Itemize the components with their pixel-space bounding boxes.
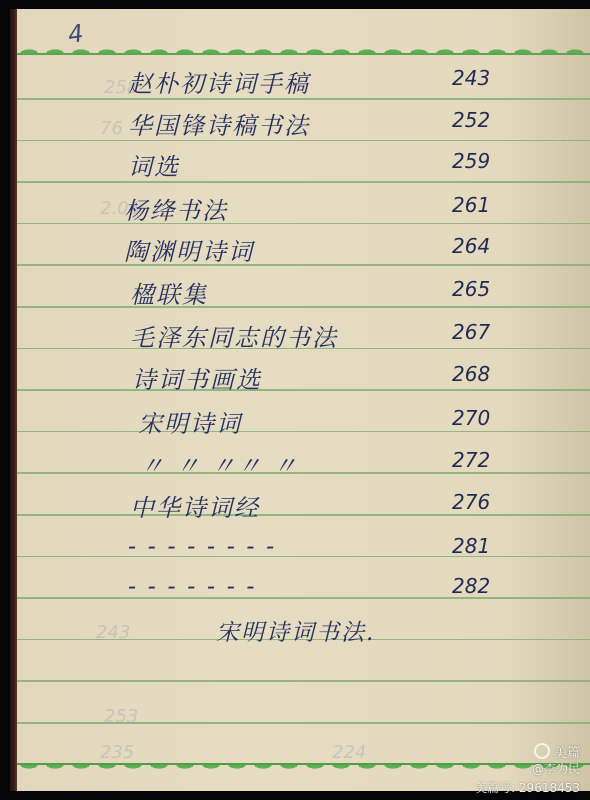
top-decorative-border xyxy=(17,44,590,55)
toc-entry: 〃 〃 〃〃 〃 272 xyxy=(0,442,590,482)
toc-entry-page: 270 xyxy=(452,406,490,430)
toc-entry-page: 276 xyxy=(452,490,490,514)
toc-entry: 词选 259 xyxy=(0,143,590,183)
meipian-logo-icon xyxy=(534,743,550,759)
bottom-decorative-border xyxy=(17,763,590,774)
toc-entry-title: - - - - - - - - xyxy=(128,532,276,560)
toc-entry-page: 259 xyxy=(452,149,490,173)
toc-entry-title: 楹联集 xyxy=(130,275,208,310)
toc-entry: 中华诗词经 276 xyxy=(0,484,590,524)
toc-entry-title: 赵朴初诗词手稿 xyxy=(128,64,310,99)
toc-entry: - - - - - - - - 281 xyxy=(0,528,590,568)
toc-entry-page: 252 xyxy=(452,108,490,132)
toc-entry-page: 264 xyxy=(452,234,490,258)
ruled-line xyxy=(17,680,590,682)
toc-entry-page: 282 xyxy=(452,574,490,598)
toc-entry-page: 281 xyxy=(452,534,490,558)
watermark-brand-label: 美篇 xyxy=(554,746,580,761)
toc-entry-title: - - - - - - - xyxy=(128,572,257,600)
toc-entry: 宋明诗词 270 xyxy=(0,400,590,440)
toc-entry: 陶渊明诗词 264 xyxy=(0,228,590,268)
toc-entry-page: 243 xyxy=(452,66,490,90)
toc-entry-title: 陶渊明诗词 xyxy=(124,232,254,267)
toc-entry-title: 词选 xyxy=(128,147,180,182)
toc-entry-title: 〃 〃 〃〃 〃 xyxy=(140,446,299,481)
ruled-line xyxy=(17,722,590,724)
toc-entry-title: 毛泽东同志的书法 xyxy=(130,318,338,353)
toc-entry-title: 宋明诗词 xyxy=(138,404,242,439)
toc-entry-title: 诗词书画选 xyxy=(132,360,262,395)
watermark-user: @李为民 xyxy=(532,760,580,777)
toc-entry-page: 267 xyxy=(452,320,490,344)
toc-entry-page: 268 xyxy=(452,362,490,386)
bleed-through-text: 224 xyxy=(332,742,366,763)
toc-entry: 杨绛书法 261 xyxy=(0,187,590,227)
toc-entry: 诗词书画选 268 xyxy=(0,356,590,396)
toc-entry-page: 261 xyxy=(452,193,490,217)
toc-entry: 华国锋诗稿书法 252 xyxy=(0,102,590,142)
bleed-through-text: 235 xyxy=(100,742,134,763)
toc-entry-page: 272 xyxy=(452,448,490,472)
toc-entry: 楹联集 265 xyxy=(0,271,590,311)
bleed-through-text: 243 xyxy=(96,622,130,643)
toc-entry: 赵朴初诗词手稿 243 xyxy=(0,60,590,100)
watermark-brand: 美篇 xyxy=(534,742,580,761)
toc-entry: - - - - - - - 282 xyxy=(0,568,590,608)
toc-entry-title: 中华诗词经 xyxy=(130,488,260,523)
toc-entry-page: 265 xyxy=(452,277,490,301)
watermark-id: 美篇号: 29618453 xyxy=(475,779,580,796)
toc-entry: 毛泽东同志的书法 267 xyxy=(0,314,590,354)
section-footer-title: 宋明诗词书法. xyxy=(216,614,375,647)
bleed-through-text: 253 xyxy=(104,706,138,727)
toc-entry-title: 杨绛书法 xyxy=(124,191,228,226)
toc-entry-title: 华国锋诗稿书法 xyxy=(128,106,310,141)
